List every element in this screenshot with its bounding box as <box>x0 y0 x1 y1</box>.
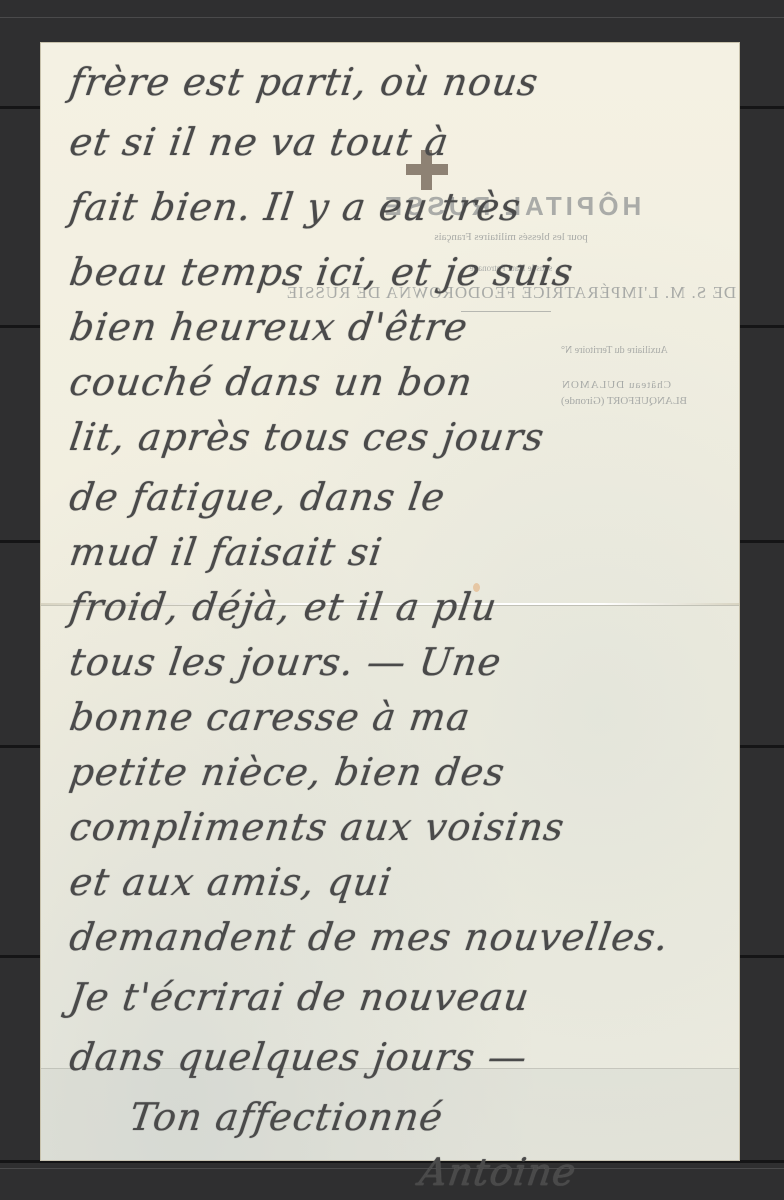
letter-line: demandent de mes nouvelles. <box>67 915 672 959</box>
letter-line: froid, déjà, et il a plu <box>67 585 500 629</box>
letter-line: frère est parti, où nous <box>67 60 541 104</box>
letter-line: mud il faisait si <box>67 530 386 574</box>
letter-closing: Ton affectionné <box>127 1095 446 1139</box>
letter-line: petite nièce, bien des <box>67 750 508 794</box>
letterhead-subtitle: pour les blessés militaires Français <box>331 231 691 243</box>
letterhead-auxiliary: Auxiliaire du Territoire N° <box>561 345 784 356</box>
background-strip <box>0 17 784 18</box>
letterhead-location-place: BLANQUEFORT (Gironde) <box>561 395 784 407</box>
letter-line: et si il ne va tout à <box>67 120 452 164</box>
letter-line: et aux amis, qui <box>67 860 395 904</box>
letter-line: couché dans un bon <box>67 360 476 404</box>
letter-line: lit, après tous ces jours <box>67 415 547 459</box>
letter-line: bien heureux d'être <box>67 305 471 349</box>
letter-line: bonne caresse à ma <box>67 695 473 739</box>
letter-line: dans quelques jours — <box>67 1035 530 1079</box>
letter-signature: Antoine <box>417 1150 579 1194</box>
background-strip <box>0 1168 784 1169</box>
letter-line: tous les jours. — Une <box>67 640 505 684</box>
letter-line: de fatigue, dans le <box>67 475 448 519</box>
letter-line: beau temps ici, et je suis <box>67 250 576 294</box>
letterhead-location-name: Château DULAMON <box>561 379 784 391</box>
letterhead-divider <box>461 311 551 312</box>
letter-line: compliments aux voisins <box>67 805 568 849</box>
letter-line: fait bien. Il y a eu très <box>67 185 524 229</box>
letter-line: Je t'écrirai de nouveau <box>67 975 533 1019</box>
